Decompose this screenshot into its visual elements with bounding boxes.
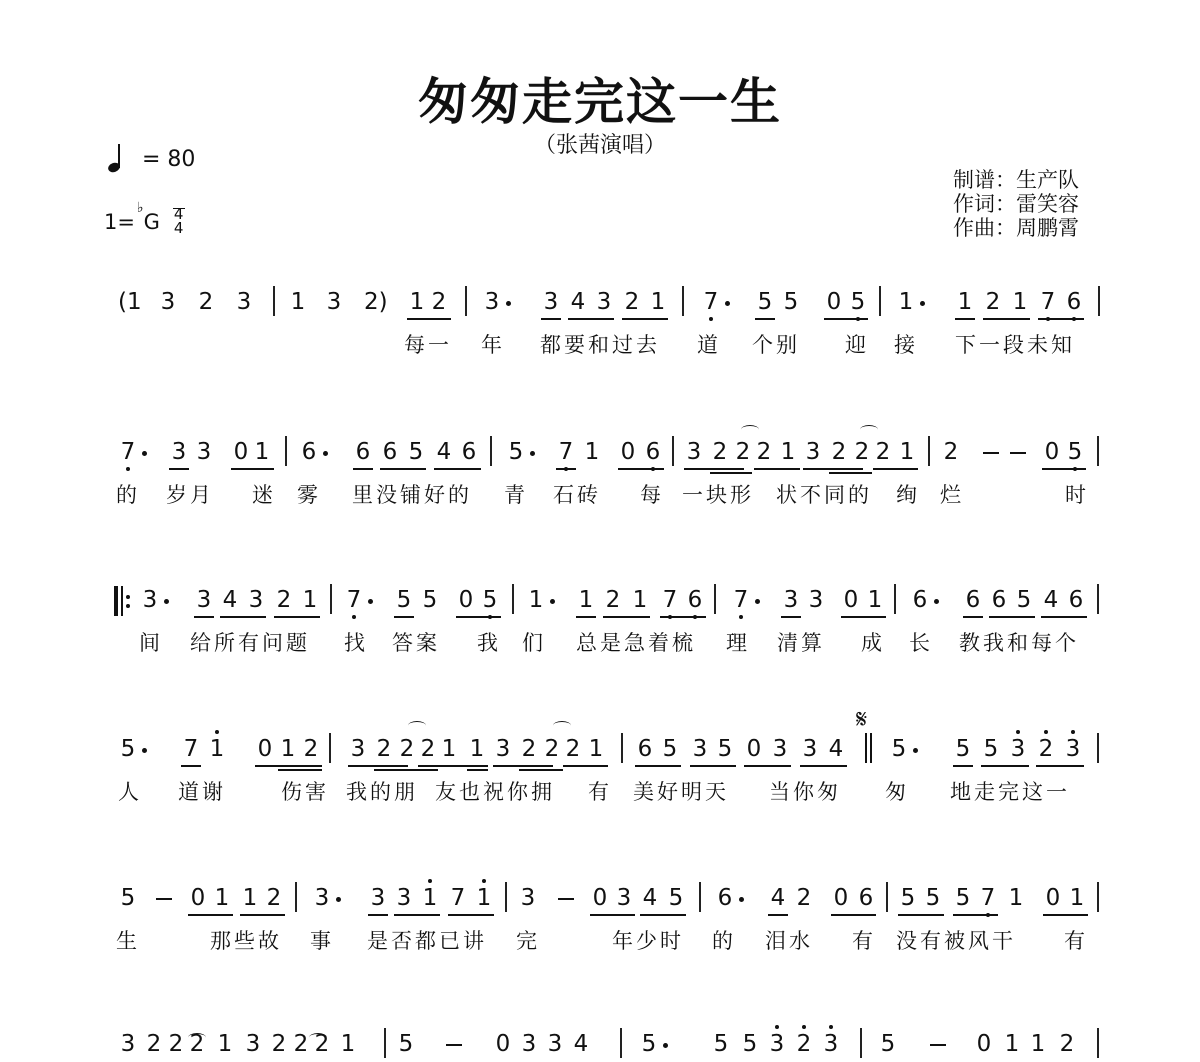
duration-underline [841, 616, 886, 618]
note: 3 [616, 884, 632, 912]
duration-underline [622, 318, 668, 320]
lyric-text: 给所有问题 [190, 630, 310, 656]
credit-lyricist: 作词：雷笑容 [953, 192, 1079, 216]
augmentation-dot [368, 599, 373, 604]
duration-underline [418, 769, 438, 771]
note: 1 [209, 735, 225, 763]
lyric-text: 找 [344, 630, 368, 656]
note: 6 [991, 586, 1007, 614]
note: 3 [196, 586, 212, 614]
duration-underline [278, 769, 322, 771]
lyric-text: 泪水 [765, 928, 813, 954]
duration-underline [418, 765, 488, 767]
lyric-text: 都要和过去 [540, 332, 660, 358]
note: 0 [257, 735, 273, 763]
note: 3 [686, 438, 702, 466]
note: 6 [1066, 288, 1082, 316]
lyric-text: 雾 [297, 482, 321, 508]
duration-underline [448, 914, 494, 916]
lyric-text: 有 [852, 928, 876, 954]
lyric-text: 每一 [404, 332, 452, 358]
lyric-text: 每 [640, 482, 664, 508]
duration-underline [220, 616, 266, 618]
bar-line [329, 733, 331, 763]
duration-underline [556, 468, 576, 470]
note: 3 [823, 1030, 839, 1058]
note: 6 [1068, 586, 1084, 614]
note: 3 [495, 735, 511, 763]
high-octave-dot [215, 730, 219, 734]
repeat-dot [126, 604, 130, 608]
note: 3 [547, 1030, 563, 1058]
duration-underline [618, 468, 664, 470]
tie-arc [188, 1033, 206, 1042]
note: 1 [780, 438, 796, 466]
augmentation-dot [934, 599, 939, 604]
note: 2 [431, 288, 447, 316]
note: 0 [826, 288, 842, 316]
high-octave-dot [482, 879, 486, 883]
lyric-text: 当你匆 [769, 779, 841, 805]
duration-underline [368, 914, 388, 916]
note: 2 [756, 438, 772, 466]
note: 3 [769, 1030, 785, 1058]
duration-underline [1036, 765, 1084, 767]
note: 7 [120, 438, 136, 466]
note: 3 [396, 884, 412, 912]
lyric-text: 的 [712, 928, 736, 954]
note: 2 [1059, 1030, 1075, 1058]
bar-line [1097, 882, 1099, 912]
note: 3 [1065, 735, 1081, 763]
sustain-dash [156, 898, 172, 900]
note: 1 [578, 586, 594, 614]
duration-underline [989, 616, 1035, 618]
tie-arc [860, 425, 878, 434]
note: 3 [596, 288, 612, 316]
bar-line [285, 436, 287, 466]
note: 4 [436, 438, 452, 466]
duration-underline [240, 914, 285, 916]
key-prefix: 1= [104, 210, 135, 234]
duration-underline [640, 914, 686, 916]
duration-underline [255, 765, 322, 767]
bar-line [879, 286, 881, 316]
lyric-text: 美好明天 [633, 779, 729, 805]
time-signature-bottom: 4 [174, 221, 184, 235]
note: 6 [637, 735, 653, 763]
bar-line [384, 1028, 386, 1058]
augmentation-dot [164, 599, 169, 604]
note: 3 [772, 735, 788, 763]
note: 1 [290, 288, 306, 316]
note: 4 [828, 735, 844, 763]
note: 2 [565, 735, 581, 763]
note: 2 [796, 884, 812, 912]
note: 5 [422, 586, 438, 614]
note: 0 [843, 586, 859, 614]
note: 1 [528, 586, 544, 614]
note: 4 [573, 1030, 589, 1058]
note: 3 [142, 586, 158, 614]
lyric-text: 迎 [845, 332, 869, 358]
augmentation-dot [755, 599, 760, 604]
segno-icon: 𝄋 [856, 705, 867, 736]
low-octave-dot [126, 467, 130, 471]
lyric-text: 理 [726, 630, 750, 656]
note: 4 [1043, 586, 1059, 614]
note: 5 [900, 884, 916, 912]
bar-line [714, 584, 716, 614]
lyric-text: 道谢 [178, 779, 226, 805]
note: 3 [543, 288, 559, 316]
note: 0 [746, 735, 762, 763]
flat-icon: ♭ [137, 200, 144, 216]
high-octave-dot [428, 879, 432, 883]
duration-underline [590, 914, 635, 916]
note: 3 [350, 735, 366, 763]
note: 2 [303, 735, 319, 763]
note: 1 [1012, 288, 1028, 316]
note: 1 [588, 735, 604, 763]
note: 2 [146, 1030, 162, 1058]
lyric-text: 完 [516, 928, 540, 954]
note: 1 [1069, 884, 1085, 912]
lyric-text: 我 [477, 630, 501, 656]
lyric-text: 有 [588, 779, 612, 805]
duration-underline [434, 468, 481, 470]
note: 5 [925, 884, 941, 912]
tie-arc [741, 425, 759, 434]
duration-underline [380, 468, 426, 470]
duration-underline [353, 468, 373, 470]
note: 1 [632, 586, 648, 614]
repeat-thick-line [114, 586, 118, 616]
duration-underline [824, 318, 868, 320]
high-octave-dot [1016, 730, 1020, 734]
lyric-text: 没有被风干 [896, 928, 1016, 954]
sustain-dash [1010, 452, 1026, 454]
note: 6 [382, 438, 398, 466]
lyric-text: 时 [1065, 482, 1089, 508]
augmentation-dot [142, 748, 147, 753]
note: 3 [326, 288, 342, 316]
note: 0 [833, 884, 849, 912]
bar-line [295, 882, 297, 912]
note: 1 [469, 735, 485, 763]
note: 3 [120, 1030, 136, 1058]
duration-underline [231, 468, 274, 470]
note: 0 [190, 884, 206, 912]
augmentation-dot [530, 451, 535, 456]
lyric-text: 青 [504, 482, 528, 508]
note: 2 [521, 735, 537, 763]
low-octave-dot [352, 615, 356, 619]
note: 5 [850, 288, 866, 316]
augmentation-dot [323, 451, 328, 456]
lyric-text: 状不同的 [776, 482, 872, 508]
note: 7 [183, 735, 199, 763]
note: 6 [717, 884, 733, 912]
note: 5 [482, 586, 498, 614]
duration-underline [684, 468, 744, 470]
lyric-text: 是否都已讲 [367, 928, 487, 954]
tie-arc [408, 721, 426, 730]
duration-underline [981, 765, 1029, 767]
note: (1 [118, 288, 142, 316]
duration-underline [781, 616, 801, 618]
note: 5 [120, 735, 136, 763]
lyric-text: 年少时 [612, 928, 684, 954]
duration-underline [690, 765, 736, 767]
note: 1 [280, 735, 296, 763]
note: 4 [642, 884, 658, 912]
bar-line [512, 584, 514, 614]
lyric-text: 里没铺好的 [352, 482, 472, 508]
high-octave-dot [1044, 730, 1048, 734]
lyric-text: 人 [118, 779, 142, 805]
note: 0 [976, 1030, 992, 1058]
note: 5 [120, 884, 136, 912]
note: 5 [742, 1030, 758, 1058]
duration-underline [467, 769, 488, 771]
lyric-text: 下一段未知 [955, 332, 1075, 358]
duration-underline [755, 318, 775, 320]
note: 6 [461, 438, 477, 466]
duration-underline [576, 616, 596, 618]
duration-underline [768, 914, 788, 916]
note: 3 [370, 884, 386, 912]
lyric-text: 们 [522, 630, 546, 656]
note: 7 [1040, 288, 1056, 316]
time-signature: 4 4 [174, 207, 184, 235]
note: 7 [703, 288, 719, 316]
note: 1 [242, 884, 258, 912]
note: 2 [712, 438, 728, 466]
note: 5 [757, 288, 773, 316]
note: 1 [899, 438, 915, 466]
note: 3 [248, 586, 264, 614]
lyric-text: 那些故 [210, 928, 282, 954]
note: 5 [717, 735, 733, 763]
tempo-marking: = 80 [106, 144, 195, 174]
duration-underline [710, 472, 752, 474]
note: 6 [355, 438, 371, 466]
note: 6 [645, 438, 661, 466]
note: 7 [662, 586, 678, 614]
lyric-text: 教我和每个 [959, 630, 1079, 656]
note: 5 [398, 1030, 414, 1058]
sustain-dash [446, 1044, 462, 1046]
augmentation-dot [336, 897, 341, 902]
sustain-dash [930, 1044, 946, 1046]
bar-line [1097, 1028, 1099, 1058]
duration-underline [456, 616, 501, 618]
note: 3 [520, 884, 536, 912]
key-signature: 1= ♭ G 4 4 [104, 210, 183, 238]
note: 5 [955, 735, 971, 763]
duration-underline [953, 765, 973, 767]
bar-line [860, 1028, 862, 1058]
augmentation-dot [913, 748, 918, 753]
duration-underline [407, 318, 451, 320]
note: 3 [160, 288, 176, 316]
bar-line [1098, 286, 1100, 316]
note: 0 [233, 438, 249, 466]
bar-line [273, 286, 275, 316]
duration-underline [983, 318, 1030, 320]
note: 6 [301, 438, 317, 466]
bar-line [620, 1028, 622, 1058]
note: 7 [980, 884, 996, 912]
augmentation-dot [920, 301, 925, 306]
note: 1 [1030, 1030, 1046, 1058]
note: 2 [796, 1030, 812, 1058]
sustain-dash [983, 452, 999, 454]
high-octave-dot [802, 1025, 806, 1029]
duration-underline [635, 765, 681, 767]
note: 1 [254, 438, 270, 466]
lyric-text: 我的朋 [346, 779, 418, 805]
note: 2 [875, 438, 891, 466]
duration-underline [374, 769, 418, 771]
duration-underline [274, 616, 320, 618]
note: 2 [943, 438, 959, 466]
note: 2 [1038, 735, 1054, 763]
key-note: G [144, 210, 160, 234]
augmentation-dot [506, 301, 511, 306]
duration-underline [394, 616, 414, 618]
lyric-text: 长 [909, 630, 933, 656]
lyric-text: 匆 [885, 779, 909, 805]
bar-line [330, 584, 332, 614]
note: 2 [985, 288, 1001, 316]
note: 2 [276, 586, 292, 614]
note: 1 [214, 884, 230, 912]
bar-line [1097, 436, 1099, 466]
tie-arc [553, 721, 571, 730]
bar-line [894, 584, 896, 614]
note: 1 [302, 586, 318, 614]
lyric-text: 的 [116, 482, 140, 508]
tie-arc [309, 1033, 327, 1042]
bar-line [886, 882, 888, 912]
note: 2) [364, 288, 388, 316]
lyric-text: 石砖 [553, 482, 601, 508]
note: 3 [245, 1030, 261, 1058]
note: 2 [293, 1030, 309, 1058]
note: 7 [450, 884, 466, 912]
note: 3 [196, 438, 212, 466]
note: 5 [396, 586, 412, 614]
note: 1 [957, 288, 973, 316]
duration-underline [955, 318, 975, 320]
duration-underline [873, 468, 918, 470]
note: 5 [1016, 586, 1032, 614]
note: 5 [955, 884, 971, 912]
duration-underline [1043, 914, 1088, 916]
song-title: 匆匆走完这一生 [0, 62, 1200, 134]
lyric-text: 岁月 [166, 482, 214, 508]
note: 1 [409, 288, 425, 316]
duration-underline [1042, 468, 1086, 470]
credit-transcriber: 制谱：生产队 [953, 168, 1079, 192]
note: 7 [558, 438, 574, 466]
duration-underline [898, 914, 944, 916]
duration-underline [194, 616, 214, 618]
lyric-text: 道 [697, 332, 721, 358]
note: 2 [605, 586, 621, 614]
duration-underline [568, 318, 614, 320]
lyric-text: 友也祝你拥 [435, 779, 555, 805]
duration-underline [181, 765, 201, 767]
lyric-text: 事 [310, 928, 334, 954]
augmentation-dot [725, 301, 730, 306]
bar-line [490, 436, 492, 466]
note: 2 [831, 438, 847, 466]
note: 3 [783, 586, 799, 614]
note: 5 [783, 288, 799, 316]
note: 1 [867, 586, 883, 614]
note: 3 [314, 884, 330, 912]
note: 2 [420, 735, 436, 763]
lyric-text: 伤害 [281, 779, 329, 805]
note: 3 [802, 735, 818, 763]
note: 2 [399, 735, 415, 763]
note: 4 [222, 586, 238, 614]
note: 1 [1008, 884, 1024, 912]
duration-underline [831, 914, 876, 916]
lyric-text: 地走完这一 [950, 779, 1070, 805]
note: 5 [668, 884, 684, 912]
high-octave-dot [829, 1025, 833, 1029]
bar-line [870, 733, 872, 763]
note: 5 [713, 1030, 729, 1058]
bar-line [465, 286, 467, 316]
duration-underline [660, 616, 706, 618]
high-octave-dot [1071, 730, 1075, 734]
bar-line [1097, 733, 1099, 763]
credit-composer: 作曲：周鹏霄 [953, 216, 1079, 240]
note: 2 [376, 735, 392, 763]
low-octave-dot [739, 615, 743, 619]
note: 2 [198, 288, 214, 316]
low-octave-dot [709, 317, 713, 321]
note: 1 [898, 288, 914, 316]
note: 3 [805, 438, 821, 466]
duration-underline [829, 472, 872, 474]
tempo-value: = 80 [142, 147, 195, 172]
lyric-text: 有 [1064, 928, 1088, 954]
credits: 制谱：生产队 作词：雷笑容 作曲：周鹏霄 [953, 168, 1079, 240]
duration-underline [519, 769, 563, 771]
duration-underline [803, 468, 863, 470]
note: 5 [983, 735, 999, 763]
bar-line [928, 436, 930, 466]
bar-line [1097, 584, 1099, 614]
note: 1 [650, 288, 666, 316]
high-octave-dot [775, 1025, 779, 1029]
duration-underline [394, 914, 440, 916]
repeat-thin-line [121, 586, 123, 616]
duration-underline [563, 765, 608, 767]
note: 1 [476, 884, 492, 912]
lyric-text: 迷 [252, 482, 276, 508]
bar-line [865, 733, 867, 763]
note: 3 [808, 586, 824, 614]
note: 3 [484, 288, 500, 316]
augmentation-dot [142, 451, 147, 456]
